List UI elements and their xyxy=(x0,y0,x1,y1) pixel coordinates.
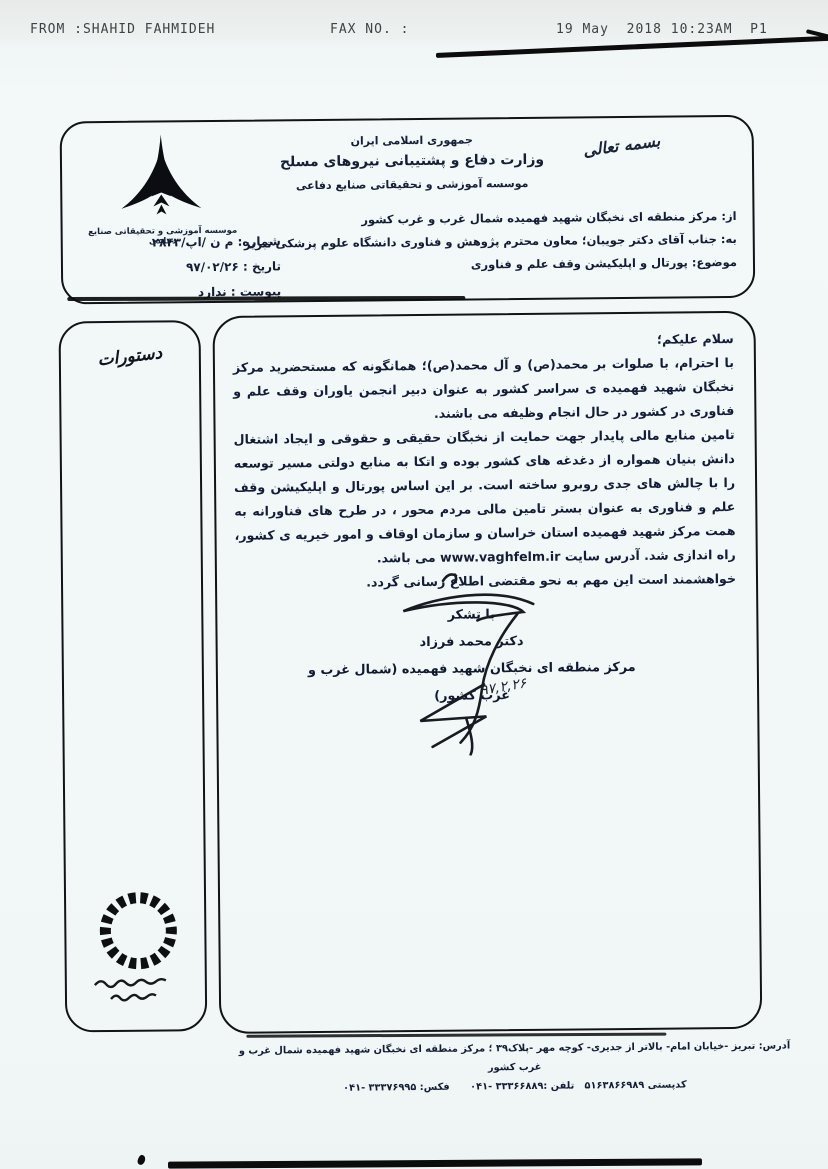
letter-meta-left: شماره: م ن /اپ/۲۸۴۳ تاریخ : ۹۷/۰۲/۲۶ پیو… xyxy=(89,229,282,306)
handwritten-signature-icon xyxy=(385,570,547,757)
bismillah-calligraphy: بسمه تعالی xyxy=(582,131,661,160)
org-logo: موسسه آموزشی و تحقیقاتی صنایع دفاعی xyxy=(96,134,227,237)
scan-artifact-smudge-2 xyxy=(246,1033,666,1038)
letter-attachment-line: پیوست : ندارد xyxy=(89,279,281,306)
instructions-margin-box: دستورات xyxy=(59,320,208,1032)
round-wreath-stamp-icon xyxy=(80,882,197,1019)
footer-address-block: آدرس: تبریز -خیابان امام- بالاتر از جدیر… xyxy=(226,1036,803,1099)
body-paragraph-1: با احترام، با صلوات بر محمد(ص) و آل محمد… xyxy=(233,351,735,428)
instructions-title: دستورات xyxy=(60,339,199,375)
gov-title-line2: وزارت دفاع و پشتیبانی نیروهای مسلح xyxy=(232,151,592,170)
letter-meta-right: از: مرکز منطقه ای نخبگان شهید فهمیده شما… xyxy=(236,205,737,279)
stamp-signature-squiggle-1 xyxy=(95,979,166,987)
letter-body-text: سلام علیکم؛ با احترام، با صلوات بر محمد(… xyxy=(233,327,737,596)
letter-content: بسمه تعالی جمهوری اسلامی ایران وزارت دفا… xyxy=(0,0,828,1169)
body-paragraph-2: تامین منابع مالی پایدار جهت حمایت از نخب… xyxy=(234,423,736,572)
fax-document-page: FROM :SHAHID FAHMIDEH FAX NO. : 19 May 2… xyxy=(0,0,828,1169)
gov-title-line3: موسسه آموزشی و تحقیقاتی صنایع دفاعی xyxy=(232,176,592,192)
letter-subject-line: موضوع: پورتال و اپلیکیشن وقف علم و فناور… xyxy=(237,251,737,279)
gov-title-line1: جمهوری اسلامی ایران xyxy=(232,132,592,148)
letter-number-line: شماره: م ن /اپ/۲۸۴۳ xyxy=(89,229,281,256)
letterhead-box: بسمه تعالی جمهوری اسلامی ایران وزارت دفا… xyxy=(60,115,756,305)
footer-address-line: آدرس: تبریز -خیابان امام- بالاتر از جدیر… xyxy=(226,1036,802,1080)
letter-date-line: تاریخ : ۹۷/۰۲/۲۶ xyxy=(89,254,281,281)
defense-institute-emblem-icon xyxy=(113,134,210,225)
letter-body-box: سلام علیکم؛ با احترام، با صلوات بر محمد(… xyxy=(212,311,762,1034)
stamp-signature-squiggle-2 xyxy=(111,994,156,1000)
